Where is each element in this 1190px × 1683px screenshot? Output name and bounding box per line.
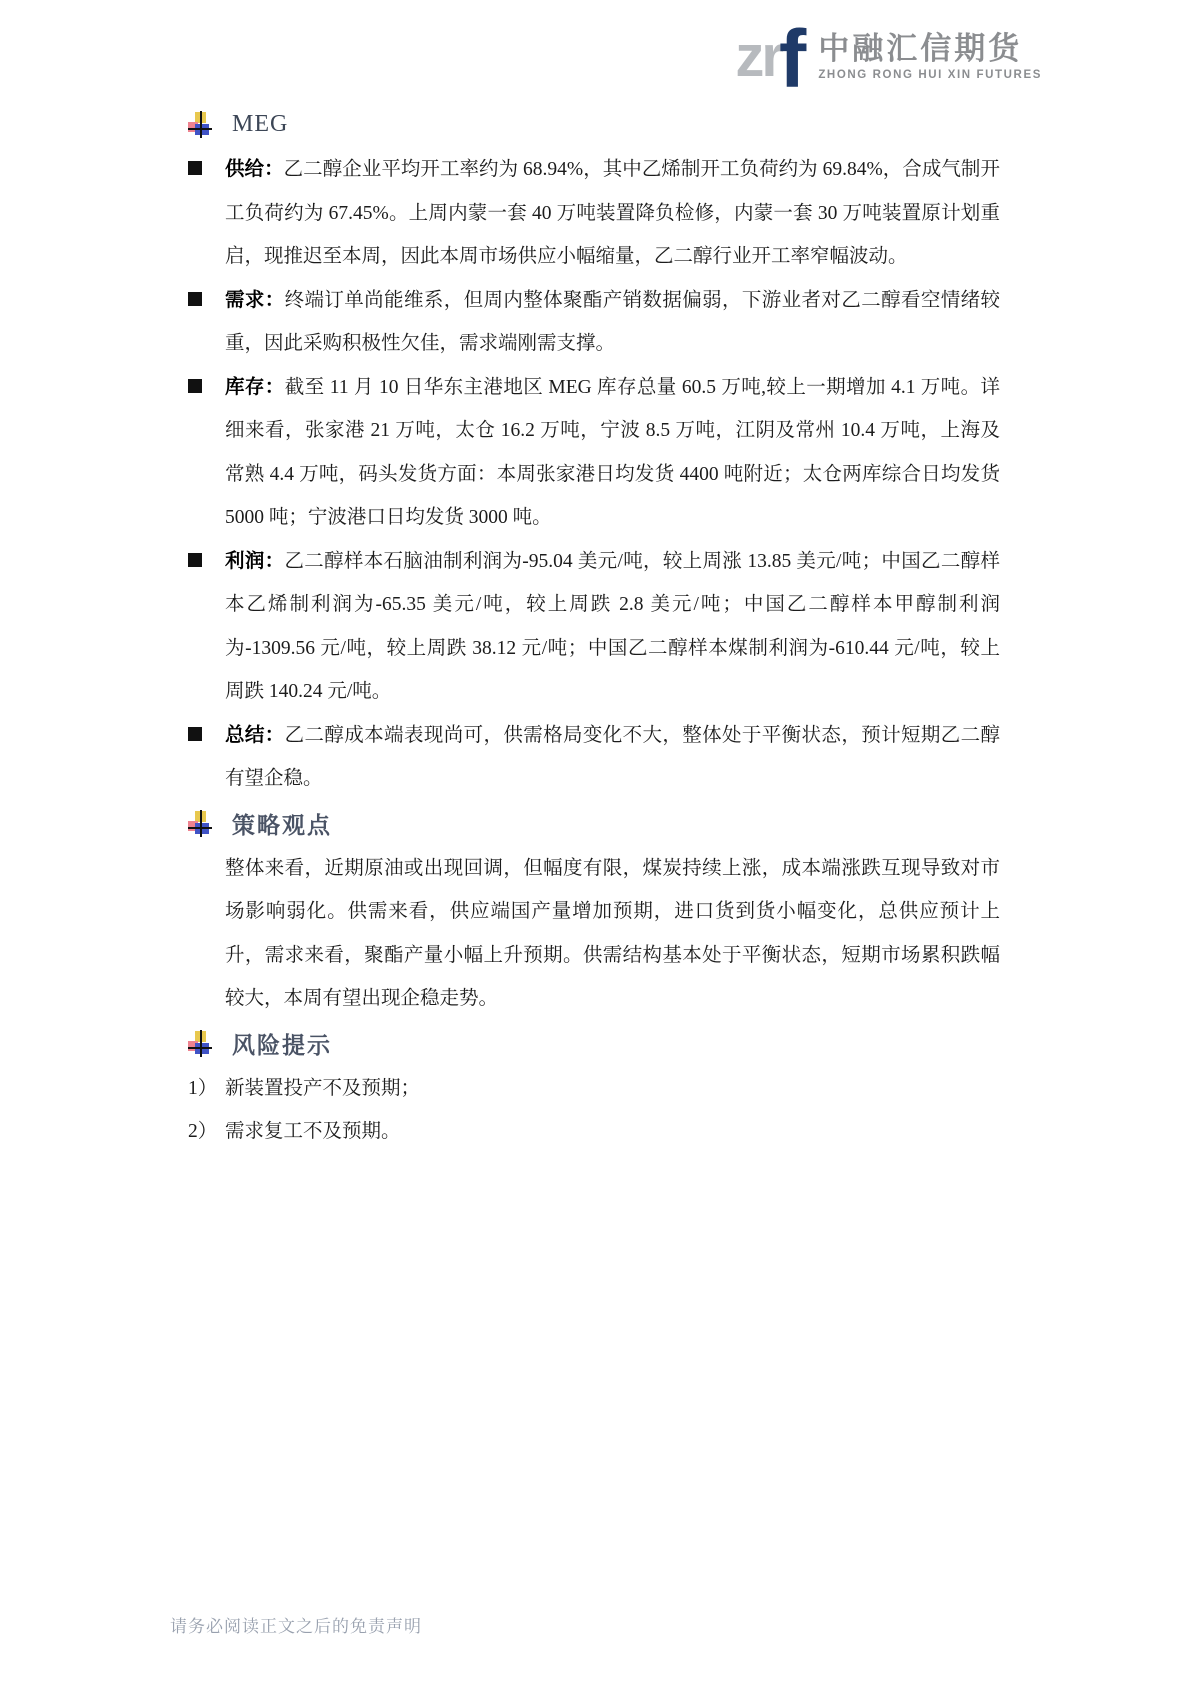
section-title: 风险提示: [232, 1027, 332, 1060]
bullet-label: 总结：: [225, 725, 285, 746]
risk-item-text: 需求复工不及预期。: [225, 1110, 1000, 1154]
company-name-en: ZHONG RONG HUI XIN FUTURES: [818, 69, 1042, 81]
bullet-summary: 总结：乙二醇成本端表现尚可，供需格局变化不大，整体处于平衡状态，预计短期乙二醇有…: [188, 714, 1000, 801]
risk-item: 1） 新装置投产不及预期；: [188, 1067, 1000, 1111]
cross-marker-icon: [188, 810, 212, 837]
bullet-supply: 供给：乙二醇企业平均开工率约为 68.94%，其中乙烯制开工负荷约为 69.84…: [188, 148, 1000, 279]
bullet-paragraph: 库存：截至 11 月 10 日华东主港地区 MEG 库存总量 60.5 万吨,较…: [225, 366, 1000, 540]
square-bullet-icon: [188, 727, 202, 741]
risk-item-number: 2）: [188, 1110, 225, 1154]
bullet-text: 截至 11 月 10 日华东主港地区 MEG 库存总量 60.5 万吨,较上一期…: [225, 377, 1000, 529]
bullet-paragraph: 利润：乙二醇样本石脑油制利润为-95.04 美元/吨，较上周涨 13.85 美元…: [225, 540, 1000, 714]
square-bullet-icon: [188, 161, 202, 175]
report-body: MEG 供给：乙二醇企业平均开工率约为 68.94%，其中乙烯制开工负荷约为 6…: [188, 100, 1000, 1154]
section-heading-risk: 风险提示: [188, 1021, 1000, 1067]
square-bullet-icon: [188, 292, 202, 306]
section-title: MEG: [232, 111, 288, 138]
section-heading-strategy: 策略观点: [188, 801, 1000, 847]
report-page: zr f 中融汇信期货 ZHONG RONG HUI XIN FUTURES M…: [0, 0, 1190, 1683]
bullet-text: 乙二醇企业平均开工率约为 68.94%，其中乙烯制开工负荷约为 69.84%，合…: [225, 159, 1000, 267]
bullet-paragraph: 供给：乙二醇企业平均开工率约为 68.94%，其中乙烯制开工负荷约为 69.84…: [225, 148, 1000, 279]
bullet-text: 乙二醇样本石脑油制利润为-95.04 美元/吨，较上周涨 13.85 美元/吨；…: [225, 551, 1000, 703]
bullet-demand: 需求：终端订单尚能维系，但周内整体聚酯产销数据偏弱，下游业者对乙二醇看空情绪较重…: [188, 279, 1000, 366]
risk-item-number: 1）: [188, 1067, 225, 1111]
bullet-text: 乙二醇成本端表现尚可，供需格局变化不大，整体处于平衡状态，预计短期乙二醇有望企稳…: [225, 725, 1000, 790]
risk-item-text: 新装置投产不及预期；: [225, 1067, 1000, 1111]
cross-marker-icon: [188, 111, 212, 138]
section-title: 策略观点: [232, 807, 332, 840]
company-logo: zr f 中融汇信期货 ZHONG RONG HUI XIN FUTURES: [735, 22, 1042, 81]
logo-wordmark: 中融汇信期货 ZHONG RONG HUI XIN FUTURES: [818, 33, 1042, 81]
square-bullet-icon: [188, 553, 202, 567]
company-name-cn: 中融汇信期货: [818, 33, 1042, 66]
logo-zr-letters: zr: [735, 33, 781, 81]
strategy-paragraph: 整体来看，近期原油或出现回调，但幅度有限，煤炭持续上涨，成本端涨跌互现导致对市场…: [188, 847, 1000, 1021]
bullet-paragraph: 需求：终端订单尚能维系，但周内整体聚酯产销数据偏弱，下游业者对乙二醇看空情绪较重…: [225, 279, 1000, 366]
bullet-label: 供给：: [225, 159, 284, 180]
risk-item: 2） 需求复工不及预期。: [188, 1110, 1000, 1154]
page-footer-disclaimer: 请务必阅读正文之后的免责声明: [170, 1612, 422, 1637]
bullet-label: 利润：: [225, 551, 284, 572]
square-bullet-icon: [188, 379, 202, 393]
logo-f-letter: f: [779, 30, 806, 89]
cross-marker-icon: [188, 1030, 212, 1057]
bullet-paragraph: 总结：乙二醇成本端表现尚可，供需格局变化不大，整体处于平衡状态，预计短期乙二醇有…: [225, 714, 1000, 801]
bullet-text: 终端订单尚能维系，但周内整体聚酯产销数据偏弱，下游业者对乙二醇看空情绪较重，因此…: [225, 290, 1000, 355]
bullet-profit: 利润：乙二醇样本石脑油制利润为-95.04 美元/吨，较上周涨 13.85 美元…: [188, 540, 1000, 714]
section-heading-meg: MEG: [188, 100, 1000, 148]
bullet-label: 库存：: [225, 377, 285, 398]
bullet-label: 需求：: [225, 290, 285, 311]
bullet-inventory: 库存：截至 11 月 10 日华东主港地区 MEG 库存总量 60.5 万吨,较…: [188, 366, 1000, 540]
